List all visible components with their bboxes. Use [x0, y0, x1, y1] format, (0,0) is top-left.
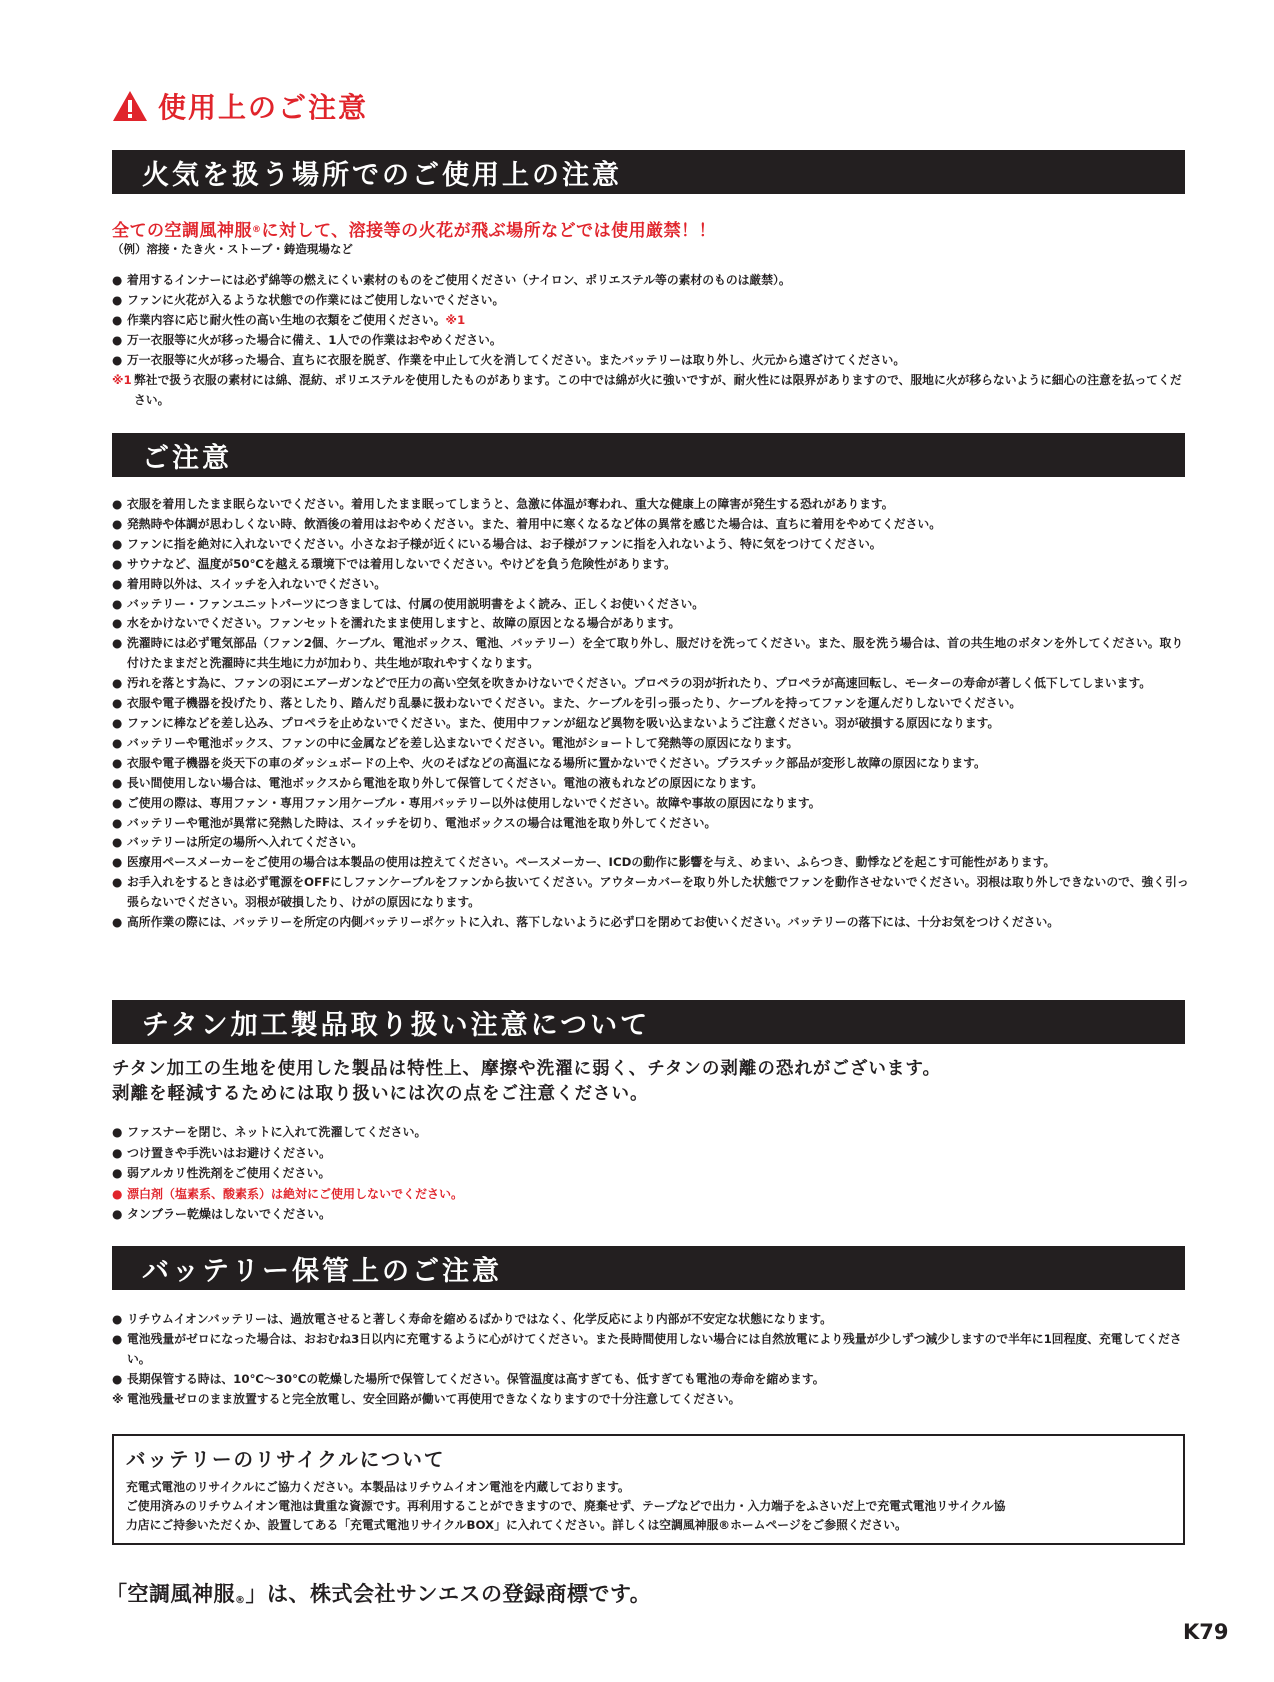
list-item: ●バッテリー・ファンユニットパーツにつきましては、付属の使用説明書をよく読み、正…: [112, 595, 1192, 615]
page-number: K79: [1183, 1620, 1229, 1644]
list-item: ●バッテリーは所定の場所へ入れてください。: [112, 833, 1192, 853]
list-item: ●リチウムイオンバッテリーは、過放電させると著しく寿命を縮めるばかりではなく、化…: [112, 1309, 1192, 1329]
brand-name: 空調風神服: [128, 1582, 236, 1606]
titan-intro-line-1: チタン加工の生地を使用した製品は特性上、摩擦や洗濯に弱く、チタンの剥離の恐れがご…: [112, 1057, 1192, 1082]
list-item: ●医療用ペースメーカーをご使用の場合は本製品の使用は控えてください。ペースメーカ…: [112, 853, 1192, 873]
list-item: ●衣服や電子機器を投げたり、落としたり、踏んだり乱暴に扱わないでください。また、…: [112, 694, 1192, 714]
list-item: ●万一衣服等に火が移った場合に備え、1人での作業はおやめください。: [112, 330, 1192, 350]
list-item: ●発熱時や体調が思わしくない時、飲酒後の着用はおやめください。また、着用中に寒く…: [112, 515, 1192, 535]
registered-mark: ®: [235, 1595, 246, 1606]
titan-section-header: チタン加工製品取り扱い注意について: [112, 1000, 1185, 1044]
recycle-line-2: ご使用済みのリチウムイオン電池は貴重な資源です。再利用することができますので、廃…: [126, 1497, 1171, 1516]
list-item: ●サウナなど、温度が50℃を越える環境下では着用しないでください。やけどを負う危…: [112, 555, 1192, 575]
list-item: ●水をかけないでください。ファンセットを濡れたまま使用しますと、故障の原因となる…: [112, 614, 1192, 634]
titan-caution-list: ●ファスナーを閉じ、ネットに入れて洗濯してください。 ●つけ置きや手洗いはお避け…: [112, 1122, 1192, 1225]
list-item: ●タンブラー乾燥はしないでください。: [112, 1204, 1192, 1225]
list-item-warning: ●漂白剤（塩素系、酸素系）は絶対にご使用しないでください。: [112, 1184, 1192, 1205]
registered-mark: ®: [252, 225, 262, 235]
titan-intro-line-2: 剥離を軽減するためには取り扱いには次の点をご注意ください。: [112, 1082, 1192, 1107]
list-item: ●作業内容に応じ耐火性の高い生地の衣類をご使用ください。※1: [112, 310, 1192, 330]
caution-section-title: ご注意: [142, 436, 232, 475]
list-item: ●弱アルカリ性洗剤をご使用ください。: [112, 1163, 1192, 1184]
list-item: ●電池残量がゼロになった場合は、おおむね3日以内に充電するように心がけてください…: [112, 1329, 1192, 1369]
list-item: ●ファンに棒などを差し込み、プロペラを止めないでください。また、使用中ファンが紐…: [112, 714, 1192, 734]
caution-page: 使用上のご注意 火気を扱う場所でのご使用上の注意 全ての空調風神服®に対して、溶…: [0, 0, 1274, 1682]
fire-warning-headline: 全ての空調風神服®に対して、溶接等の火花が飛ぶ場所などでは使用厳禁！！: [112, 216, 716, 241]
footnote-item: ※1弊社で扱う衣服の素材には綿、混紡、ポリエステルを使用したものがあります。この…: [112, 370, 1192, 410]
trademark-notice: 「空調風神服®」は、株式会社サンエスの登録商標です。: [106, 1578, 651, 1608]
fire-example: （例）溶接・たき火・ストーブ・鋳造現場など: [112, 241, 353, 257]
fire-caution-list: ●着用するインナーには必ず綿等の燃えにくい素材のものをご使用ください（ナイロン、…: [112, 270, 1192, 410]
battery-caution-list: ●リチウムイオンバッテリーは、過放電させると著しく寿命を縮めるばかりではなく、化…: [112, 1309, 1192, 1409]
titan-section-title: チタン加工製品取り扱い注意について: [142, 1003, 650, 1042]
list-item: ●つけ置きや手洗いはお避けください。: [112, 1143, 1192, 1164]
note-item: ※電池残量ゼロのまま放置すると完全放電し、安全回路が働いて再使用できなくなります…: [112, 1389, 1192, 1409]
list-item: ●高所作業の際には、バッテリーを所定の内側バッテリーポケットに入れ、落下しないよ…: [112, 913, 1192, 933]
recycle-title: バッテリーのリサイクルについて: [126, 1444, 1171, 1472]
warning-triangle-icon: [112, 90, 148, 122]
recycle-line-1: 充電式電池のリサイクルにご協力ください。本製品はリチウムイオン電池を内蔵しており…: [126, 1478, 1171, 1497]
list-item: ●汚れを落とす為に、ファンの羽にエアーガンなどで圧力の高い空気を吹きかけないでく…: [112, 674, 1192, 694]
list-item: ●ファンに指を絶対に入れないでください。小さなお子様が近くにいる場合は、お子様が…: [112, 535, 1192, 555]
battery-section-title: バッテリー保管上のご注意: [142, 1249, 502, 1288]
list-item: ●長い間使用しない場合は、電池ボックスから電池を取り外して保管してください。電池…: [112, 774, 1192, 794]
fire-section-header: 火気を扱う場所でのご使用上の注意: [112, 150, 1185, 194]
list-item: ●ファスナーを閉じ、ネットに入れて洗濯してください。: [112, 1122, 1192, 1143]
list-item: ●ファンに火花が入るような状態での作業にはご使用しないでください。: [112, 290, 1192, 310]
main-title-text: 使用上のご注意: [158, 86, 368, 126]
list-item: ●衣服や電子機器を炎天下の車のダッシュボードの上や、火のそばなどの高温になる場所…: [112, 754, 1192, 774]
footnote-mark: ※1: [446, 313, 466, 327]
general-caution-list: ●衣服を着用したまま眠らないでください。着用したまま眠ってしまうと、急激に体温が…: [112, 495, 1192, 933]
battery-recycle-box: バッテリーのリサイクルについて 充電式電池のリサイクルにご協力ください。本製品は…: [112, 1434, 1185, 1545]
list-item: ●着用時以外は、スイッチを入れないでください。: [112, 575, 1192, 595]
list-item: ●衣服を着用したまま眠らないでください。着用したまま眠ってしまうと、急激に体温が…: [112, 495, 1192, 515]
battery-section-header: バッテリー保管上のご注意: [112, 1246, 1185, 1290]
list-item: ●着用するインナーには必ず綿等の燃えにくい素材のものをご使用ください（ナイロン、…: [112, 270, 1192, 290]
list-item: ●ご使用の際は、専用ファン・専用ファン用ケーブル・専用バッテリー以外は使用しない…: [112, 794, 1192, 814]
list-item: ●お手入れをするときは必ず電源をOFFにしファンケーブルをファンから抜いてくださ…: [112, 873, 1192, 913]
list-item: ●洗濯時には必ず電気部品（ファン2個、ケーブル、電池ボックス、電池、バッテリー）…: [112, 634, 1192, 674]
list-item: ●バッテリーや電池が異常に発熱した時は、スイッチを切り、電池ボックスの場合は電池…: [112, 814, 1192, 834]
main-title: 使用上のご注意: [112, 86, 368, 126]
fire-section-title: 火気を扱う場所でのご使用上の注意: [142, 153, 622, 192]
list-item: ●長期保管する時は、10℃～30℃の乾燥した場所で保管してください。保管温度は高…: [112, 1369, 1192, 1389]
caution-section-header: ご注意: [112, 433, 1185, 477]
recycle-line-3: 力店にご持参いただくか、設置してある「充電式電池リサイクルBOX」に入れてくださ…: [126, 1516, 1171, 1535]
titan-intro: チタン加工の生地を使用した製品は特性上、摩擦や洗濯に弱く、チタンの剥離の恐れがご…: [112, 1057, 1192, 1107]
list-item: ●万一衣服等に火が移った場合、直ちに衣服を脱ぎ、作業を中止して火を消してください…: [112, 350, 1192, 370]
headline-part-1: 全ての空調風神服: [112, 221, 252, 241]
headline-part-2: に対して、溶接等の火花が飛ぶ場所などでは使用厳禁！！: [262, 221, 717, 241]
list-item: ●バッテリーや電池ボックス、ファンの中に金属などを差し込まないでください。電池が…: [112, 734, 1192, 754]
